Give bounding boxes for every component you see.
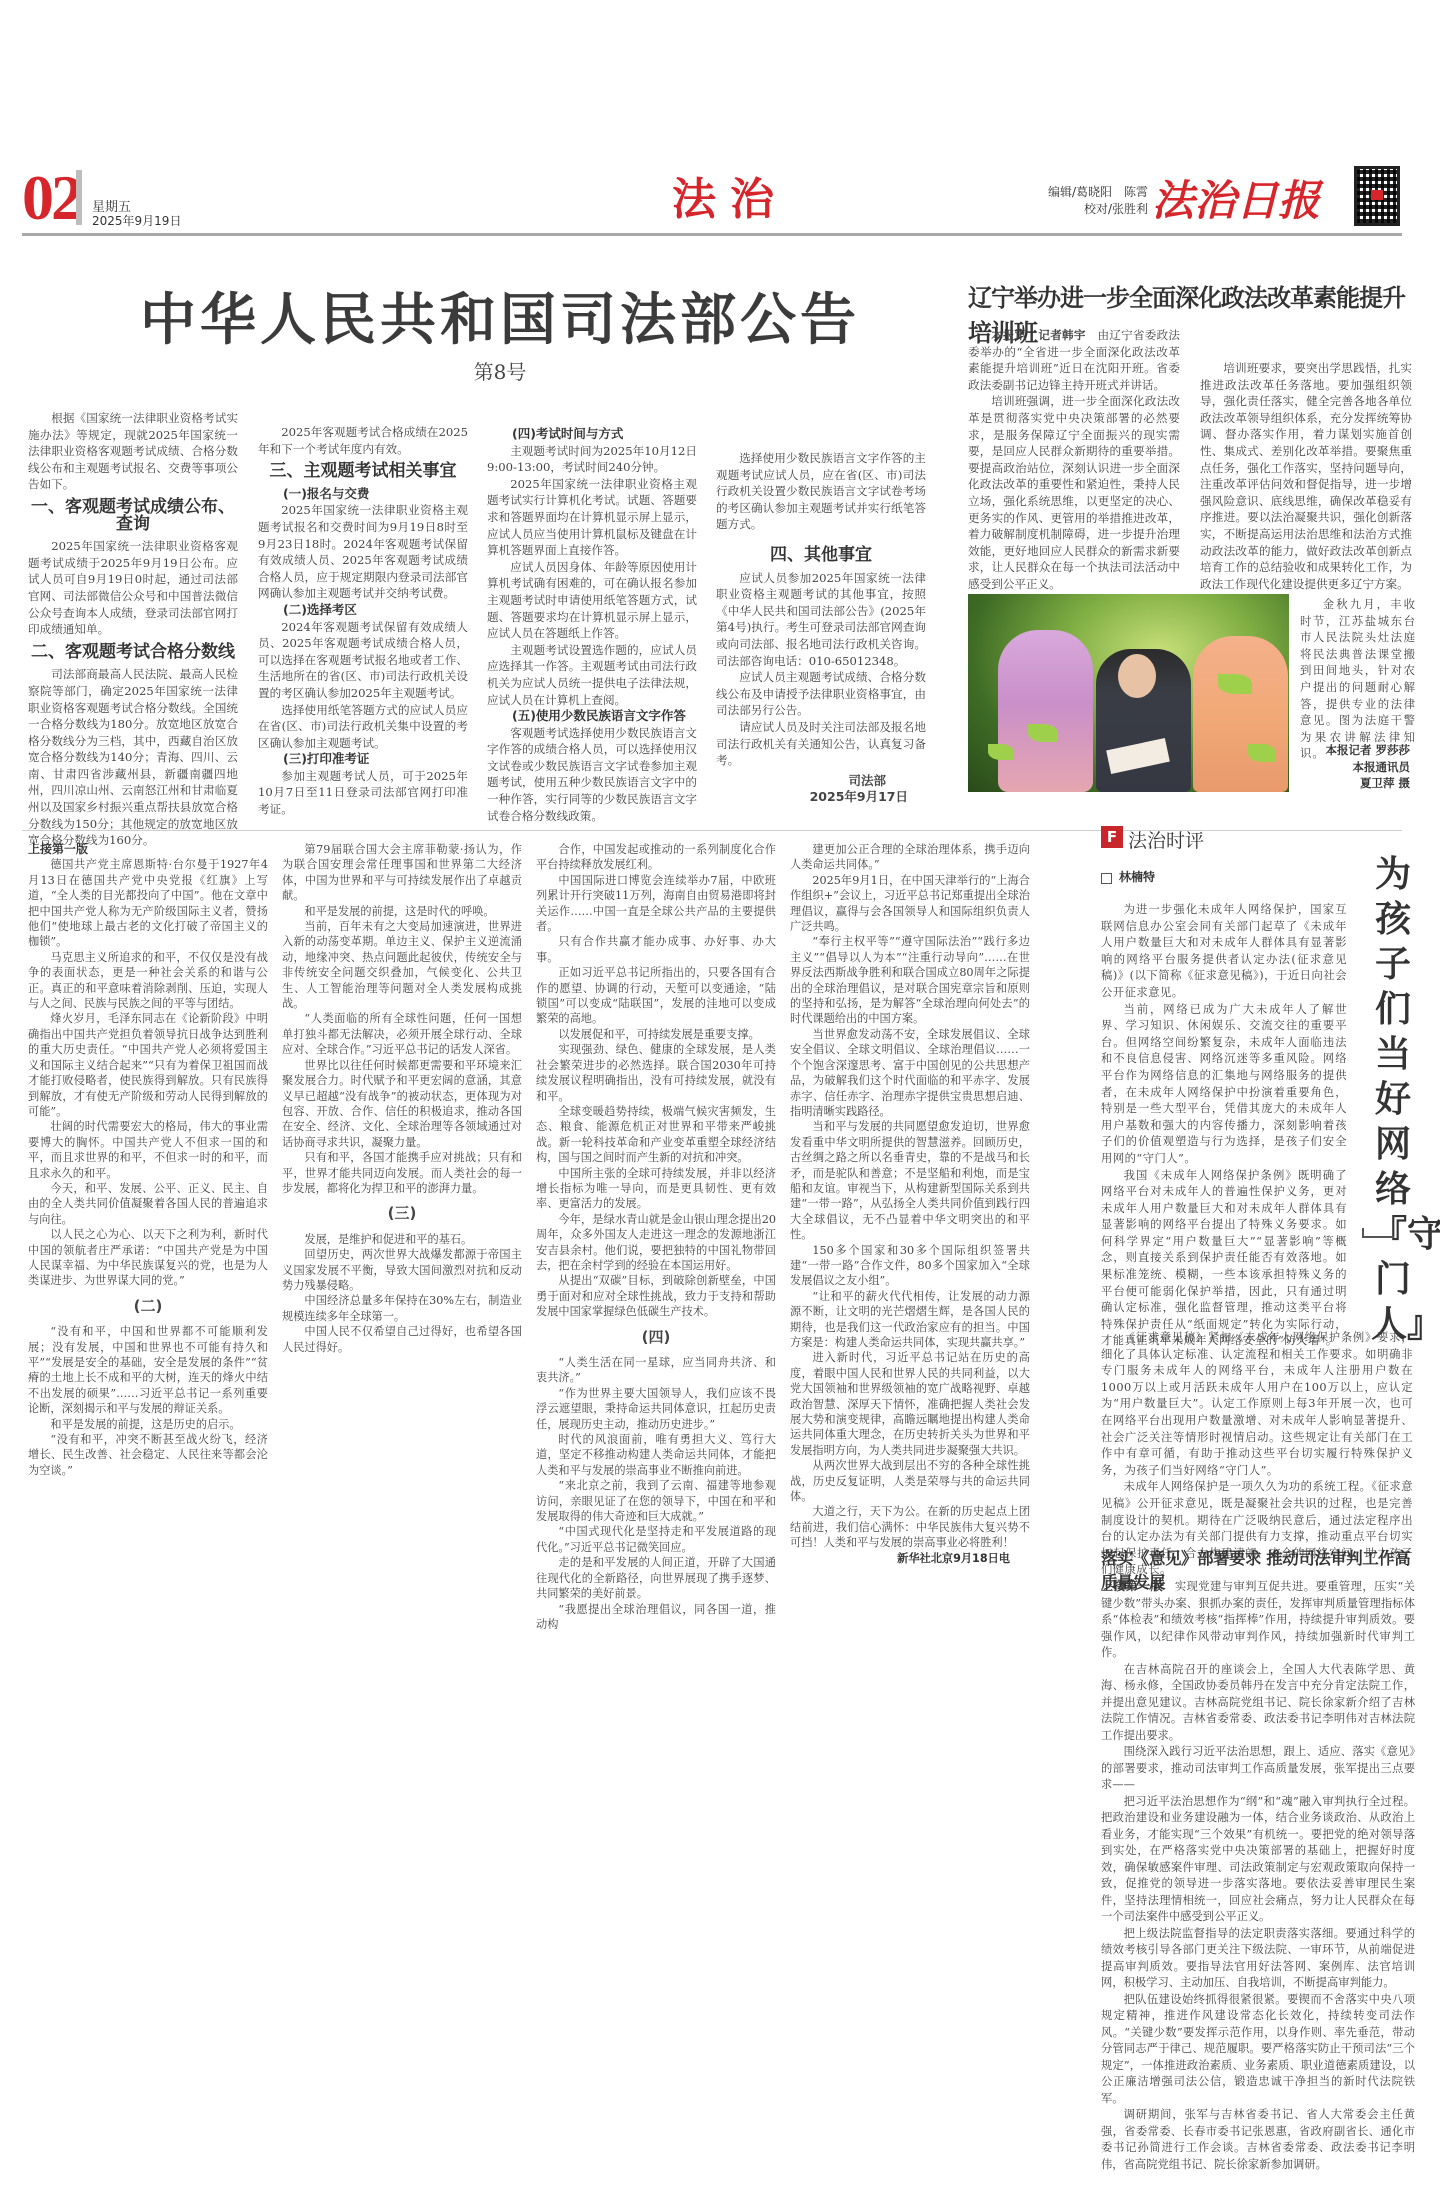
paragraph: 我国《未成年人网络保护条例》既明确了网络平台对未成年人的普遍性保护义务，更对未成… <box>1101 1168 1347 1351</box>
sub-heading: (二)选择考区 <box>258 602 468 619</box>
editor-credits: 编辑/葛晓阳 陈霄 校对/张胜利 <box>980 184 1148 218</box>
photo-leaf <box>1218 674 1252 694</box>
page-number-divider <box>76 170 82 225</box>
paragraph: 2025年客观题考试合格成绩在2025年和下一个考试年度内有效。 <box>258 424 468 457</box>
paragraph: “没有和平，冲突不断甚至战火纷飞，经济增长、民生改善、社会稳定、人民往来等都会沦… <box>28 1432 268 1478</box>
paragraph: 和平是发展的前提，这是历史的启示。 <box>28 1417 268 1432</box>
byline: 本报讯 记者韩宇 <box>991 328 1086 342</box>
announcement-column-3: (四)考试时间与方式 主观题考试时间为2025年10月12日9:00-13:00… <box>487 426 697 824</box>
court-article-body: 上接第一版 实现党建与审判互促共进。要重管理，压实“关键少数”带头办案、狠抓办案… <box>1101 1578 1415 2173</box>
paragraph: 当和平与发展的共同愿望愈发迫切，世界愈发看重中华文明所提供的智慧滋养。回顾历史，… <box>790 1119 1030 1242</box>
announcement-headline: 中华人民共和国司法部公告 <box>40 276 960 356</box>
paragraph: 2025年9月1日，在中国天津举行的“上海合作组织+”会议上，习近平总书记郑重提… <box>790 873 1030 935</box>
commentary-body-bottom: 《征求意见稿》紧扣《未成年人网络保护条例》要求，细化了具体认定标准、认定流程和相… <box>1101 1330 1413 1579</box>
paragraph: 德国共产党主席恩斯特·台尔曼于1927年4月13日在德国共产党中央党报《红旗》上… <box>28 857 268 949</box>
paragraph: 大道之行，天下为公。在新的历史起点上团结前进，我们信心满怀：中华民族伟大复兴势不… <box>790 1504 1030 1550</box>
paragraph: 客观题考试选择使用少数民族语言文字作答的成绩合格人员，可以选择使用汉文试卷或少数… <box>487 725 697 825</box>
announcement-column-4: 选择使用少数民族语言文字作答的主观题考试应试人员，应在省(区、市)司法行政机关设… <box>716 450 926 806</box>
credit-correspondent: 夏卫萍 摄 <box>1300 775 1410 792</box>
paragraph: 围绕深入践行习近平法治思想，跟上、适应、落实《意见》的部署要求，推动司法审判工作… <box>1101 1744 1415 1794</box>
paragraph: 请应试人员及时关注司法部及报名地司法行政机关有关通知公告，认真复习备考。 <box>716 719 926 769</box>
paragraph: 合作，中国发起或推动的一系列制度化合作平台持续释放发展红利。 <box>536 842 776 873</box>
section-marker: (二) <box>28 1299 268 1314</box>
paragraph: 全球变暖趋势持续，极端气候灾害频发，生态、粮食、能源危机正对世界和平带来严峻挑战… <box>536 1104 776 1166</box>
proofreader-line: 校对/张胜利 <box>980 201 1148 218</box>
paragraph: 本报讯 记者韩宇 由辽宁省委政法委举办的“全省进一步全面深化政法改革素能提升培训… <box>968 327 1180 393</box>
section-marker: (三) <box>282 1206 522 1221</box>
paragraph: “中国式现代化是坚持走和平发展道路的现代化。”习近平总书记微笑回应。 <box>536 1524 776 1555</box>
paragraph: 《征求意见稿》紧扣《未成年人网络保护条例》要求，细化了具体认定标准、认定流程和相… <box>1101 1330 1413 1479</box>
paragraph: 应试人员因身体、年龄等原因使用计算机考试确有困难的，可在确认报名参加主观题考试时… <box>487 559 697 642</box>
paragraph: 当前，网络已成为广大未成年人了解世界、学习知识、休闲娱乐、交流交往的重要平台。但… <box>1101 1002 1347 1168</box>
photo-leaf <box>1028 724 1058 742</box>
section-heading: 四、其他事宜 <box>716 547 926 564</box>
paragraph: “人类生活在同一星球，应当同舟共济、和衷共济。” <box>536 1355 776 1386</box>
signer: 司法部 <box>716 773 926 790</box>
announcement-column-2: 2025年客观题考试合格成绩在2025年和下一个考试年度内有效。 三、主观题考试… <box>258 402 468 818</box>
paragraph: 只有合作共赢才能办成事、办好事、办大事。 <box>536 934 776 965</box>
paragraph: 为进一步强化未成年人网络保护，国家互联网信息办公室会同有关部门起草了《未成年人用… <box>1101 902 1347 1002</box>
dateline: 新华社北京9月18日电 <box>790 1551 1030 1566</box>
column-logo-letter: F <box>1101 826 1123 848</box>
paragraph: 建更加公正合理的全球治理体系，携手迈向人类命运共同体。” <box>790 842 1030 873</box>
sub-heading: (四)考试时间与方式 <box>487 426 697 443</box>
headline-corner-mark <box>1362 1228 1394 1238</box>
paragraph: 当世界愈发动荡不安，全球发展倡议、全球安全倡议、全球文明倡议、全球治理倡议……一… <box>790 1027 1030 1119</box>
paragraph: 培训班要求，要突出学思践悟，扎实推进政法改革任务落地。要加强组织领导，强化责任落… <box>1200 360 1412 592</box>
author-name: 林楠特 <box>1119 868 1155 885</box>
paragraph: 第79届联合国大会主席菲勒蒙·扬认为，作为联合国安理会常任理事国和世界第二大经济… <box>282 842 522 904</box>
photo-leaf <box>988 744 1014 760</box>
paragraph: 把习近平法治思想作为“纲”和“魂”融入审判执行全过程。把政治建设和业务建设融为一… <box>1101 1794 1415 1926</box>
paragraph: “没有和平，中国和世界都不可能顺利发展；没有发展，中国和世界也不可能有持久和平”… <box>28 1324 268 1416</box>
paragraph: 以人民之心为心、以天下之利为利，新时代中国的领航者庄严承诺：“中国共产党是为中国… <box>28 1227 268 1289</box>
paragraph: 中国经济总量多年保持在30%左右，制造业规模连续多年全球第一。 <box>282 1293 522 1324</box>
qr-code-center-logo <box>1371 190 1383 200</box>
paragraph: “作为世界主要大国领导人，我们应该不畏浮云遮望眼，秉持命运共同体意识，扛起历史责… <box>536 1386 776 1432</box>
column-logo-icon: F <box>1101 826 1123 848</box>
continued-column-2: 第79届联合国大会主席菲勒蒙·扬认为，作为联合国安理会常任理事国和世界第二大经济… <box>282 842 522 1355</box>
liaoning-column-2: 培训班要求，要突出学思践悟，扎实推进政法改革任务落地。要加强组织领导，强化责任落… <box>1200 360 1412 592</box>
paragraph: 上接第一版 实现党建与审判互促共进。要重管理，压实“关键少数”带头办案、狠抓办案… <box>1101 1578 1415 1662</box>
news-photo <box>968 594 1289 792</box>
continued-column-3: 合作，中国发起或推动的一系列制度化合作平台持续释放发展红利。 中国国际进口博览会… <box>536 842 776 1632</box>
credit-correspondent-label: 本报通讯员 <box>1300 759 1410 776</box>
sub-heading: (三)打印准考证 <box>258 751 468 768</box>
paragraph: 时代的风浪面前，唯有勇担大义、笃行大道，坚定不移推动构建人类命运共同体，才能把人… <box>536 1432 776 1478</box>
paragraph: 中国国际进口博览会连续举办7届，中欧班列累计开行突破11万列，海南自由贸易港即将… <box>536 873 776 935</box>
paragraph: 从两次世界大战到层出不穷的各种全球性挑战，历史反复证明，人类是荣辱与共的命运共同… <box>790 1458 1030 1504</box>
commentary-headline: 为孩子们当好网络『守门人』 <box>1371 852 1415 1347</box>
credit-reporter: 本报记者 罗莎莎 <box>1300 742 1410 759</box>
sub-heading: (五)使用少数民族语言文字作答 <box>487 708 697 725</box>
paragraph: 正如习近平总书记所指出的，只要各国有合作的愿望、协调的行动，天堑可以变通途，“陆… <box>536 965 776 1027</box>
paragraph: 把上级法院监督指导的法定职责落实落细。要通过科学的绩效考核引导各部门更关注下级法… <box>1101 1926 1415 1992</box>
liaoning-column-1: 本报讯 记者韩宇 由辽宁省委政法委举办的“全省进一步全面深化政法改革素能提升培训… <box>968 327 1180 593</box>
paragraph: 培训班强调，进一步全面深化政法改革是贯彻落实党中央决策部署的必然要求，是服务保障… <box>968 393 1180 592</box>
paragraph: “来北京之前，我到了云南、福建等地参观访问，亲眼见证了在您的领导下，中国在和平和… <box>536 1478 776 1524</box>
column-name: 法治时评 <box>1128 826 1204 853</box>
paragraph: 发展，是维护和促进和平的基石。 <box>282 1232 522 1247</box>
photo-farmer-right <box>1193 636 1288 792</box>
sign-date: 2025年9月17日 <box>716 789 926 806</box>
paragraph: 中国所主张的全球可持续发展，并非以经济增长指标为唯一导向，而是更具韧性、更有效率… <box>536 1166 776 1212</box>
paragraph: 实现强劲、绿色、健康的全球发展，是人类社会繁荣进步的必然选择。联合国2030年可… <box>536 1042 776 1104</box>
paragraph: 把队伍建设始终抓得很紧很紧。要锲而不舍落实中央八项规定精神，推进作风建设常态化长… <box>1101 1992 1415 2108</box>
newspaper-logo: 法治日报 <box>1152 168 1320 228</box>
paragraph: “让和平的薪火代代相传，让发展的动力源源不断，让文明的光芒熠熠生辉，是各国人民的… <box>790 1289 1030 1351</box>
section-heading: 三、主观题考试相关事宜 <box>258 463 468 480</box>
paragraph: 中国人民不仅希望自己过得好，也希望各国人民过得好。 <box>282 1324 522 1355</box>
paragraph: 和平是发展的前提，这是时代的呼唤。 <box>282 904 522 919</box>
paragraph: 从提出“双碳”目标，到破除创新壁垒，中国勇于面对和应对全球性挑战，致力于支持和帮… <box>536 1273 776 1319</box>
caption-text: 金秋九月，丰收时节，江苏盐城东台市人民法院头灶法庭将民法典普法课堂搬到田间地头，… <box>1300 596 1416 762</box>
paragraph: 只有和平，各国才能携手应对挑战；只有和平，世界才能共同迈向发展。而人类社会的每一… <box>282 1150 522 1196</box>
paragraph: 参加主观题考试人员，可于2025年10月7日至11日登录司法部官网打印准考证。 <box>258 768 468 818</box>
photo-leaf <box>1248 744 1276 762</box>
announcement-number: 第8号 <box>40 356 960 385</box>
section-heading: 一、客观题考试成绩公布、查询 <box>28 499 238 532</box>
paragraph: 马克思主义所追求的和平，不仅仅是没有战争的表面状态，更是一种社会关系的和谐与公正… <box>28 950 268 1012</box>
jump-label: 上接第一版 <box>1101 1579 1163 1593</box>
continued-column-1: 上接第一版 德国共产党主席恩斯特·台尔曼于1927年4月13日在德国共产党中央党… <box>28 842 268 1478</box>
section-heading: 二、客观题考试合格分数线 <box>28 644 238 661</box>
paragraph: 选择使用少数民族语言文字作答的主观题考试应试人员，应在省(区、市)司法行政机关设… <box>716 450 926 533</box>
paragraph: 回望历史，两次世界大战爆发都源于帝国主义国家发展不平衡，导致大国间激烈对抗和反动… <box>282 1247 522 1293</box>
issue-date: 2025年9月19日 <box>92 212 181 229</box>
announcement-column-1: 根据《国家统一法律职业资格考试实施办法》等规定，现就2025年国家统一法律职业资… <box>28 410 238 849</box>
author-marker-icon <box>1101 873 1112 884</box>
paragraph: 2025年国家统一法律职业资格主观题考试实行计算机化考试。试题、答题要求和答题界… <box>487 476 697 559</box>
paragraph: 调研期间，张军与吉林省委书记、省人大常委会主任黄强，省委常委、长春市委书记张恩惠… <box>1101 2107 1415 2173</box>
paragraph: 壮阔的时代需要宏大的格局，伟大的事业需要博大的胸怀。中国共产党人不但求一国的和平… <box>28 1119 268 1181</box>
paragraph: 在吉林高院召开的座谈会上，全国人大代表陈学思、黄海、杨永修，全国政协委员韩丹在发… <box>1101 1662 1415 1745</box>
paragraph: 世界比以往任何时候都更需要和平环境来汇聚发展合力。时代赋予和平更宏阔的意涵，其意… <box>282 1058 522 1150</box>
editors-line: 编辑/葛晓阳 陈霄 <box>980 184 1148 201</box>
paragraph: 2025年国家统一法律职业资格主观题考试报名和交费时间为9月19日8时至9月23… <box>258 502 468 602</box>
paragraph: 应试人员主观题考试成绩、合格分数线公布及申请授予法律职业资格事宜，由司法部另行公… <box>716 669 926 719</box>
paragraph: 今天，和平、发展、公平、正义、民主、自由的全人类共同价值凝聚着各国人民的普遍追求… <box>28 1181 268 1227</box>
paragraph: 烽火岁月，毛泽东同志在《论新阶段》中明确指出中国共产党担负着领导抗日战争达到胜利… <box>28 1011 268 1119</box>
photo-caption: 金秋九月，丰收时节，江苏盐城东台市人民法院头灶法庭将民法典普法课堂搬到田间地头，… <box>1300 596 1416 762</box>
commentary-body-top: 为进一步强化未成年人网络保护，国家互联网信息办公室会同有关部门起草了《未成年人用… <box>1101 902 1347 1350</box>
section-title: 法治 <box>672 163 788 227</box>
paragraph: 主观题考试时间为2025年10月12日9:00-13:00，考试时间240分钟。 <box>487 443 697 476</box>
paragraph: 进入新时代，习近平总书记站在历史的高度，着眼中国人民和世界人民的共同利益，以大党… <box>790 1350 1030 1458</box>
paragraph: 主观题考试设置选作题的，应试人员应选择其一作答。主观题考试由司法行政机关为应试人… <box>487 642 697 708</box>
paragraph: 今年，是绿水青山就是金山银山理念提出20周年，众多外国友人走进这一理念的发源地浙… <box>536 1212 776 1274</box>
photo-credit: 本报记者 罗莎莎 本报通讯员 夏卫萍 摄 <box>1300 742 1410 792</box>
paragraph: 2024年客观题考试保留有效成绩人员、2025年客观题考试成绩合格人员，可以选择… <box>258 619 468 702</box>
paragraph: “人类面临的所有全球性问题，任何一国想单打独斗都无法解决，必须开展全球行动、全球… <box>282 1011 522 1057</box>
announcement-intro: 根据《国家统一法律职业资格考试实施办法》等规定，现就2025年国家统一法律职业资… <box>28 410 238 493</box>
jump-label: 上接第一版 <box>28 842 268 857</box>
paragraph: “奉行主权平等”“遵守国际法治”“践行多边主义”“倡导以人为本”“注重行动导向”… <box>790 934 1030 1026</box>
paragraph: 以发展促和平，可持续发展是重要支撑。 <box>536 1027 776 1042</box>
photo-face <box>1118 654 1156 698</box>
section-marker: (四) <box>536 1330 776 1345</box>
paragraph: 司法部商最高人民法院、最高人民检察院等部门，确定2025年国家统一法律职业资格客… <box>28 666 238 849</box>
page-number: 02 <box>22 166 80 230</box>
continued-column-4: 建更加公正合理的全球治理体系，携手迈向人类命运共同体。” 2025年9月1日，在… <box>790 842 1030 1566</box>
paragraph: 当前，百年未有之大变局加速演进，世界进入新的动荡变革期。单边主义、保护主义逆流涌… <box>282 919 522 1011</box>
paragraph: 150多个国家和30多个国际组织签署共建“一带一路”合作文件，80多个国家加入“… <box>790 1243 1030 1289</box>
paragraph: 选择使用纸笔答题方式的应试人员应在省(区、市)司法行政机关集中设置的考区确认参加… <box>258 702 468 752</box>
paragraph: 应试人员参加2025年国家统一法律职业资格主观题考试的其他事宜，按照《中华人民共… <box>716 570 926 670</box>
paragraph: “我愿提出全球治理倡议，同各国一道，推动构 <box>536 1602 776 1633</box>
sub-heading: (一)报名与交费 <box>258 486 468 503</box>
paragraph: 走的是和平发展的人间正道，开辟了大国通往现代化的全新路径，向世界展现了携手逐梦、… <box>536 1555 776 1601</box>
masthead-rule <box>22 233 1402 236</box>
paragraph: 2025年国家统一法律职业资格客观题考试成绩于2025年9月19日公布。应试人员… <box>28 538 238 638</box>
photo-farmer-left <box>998 630 1093 792</box>
